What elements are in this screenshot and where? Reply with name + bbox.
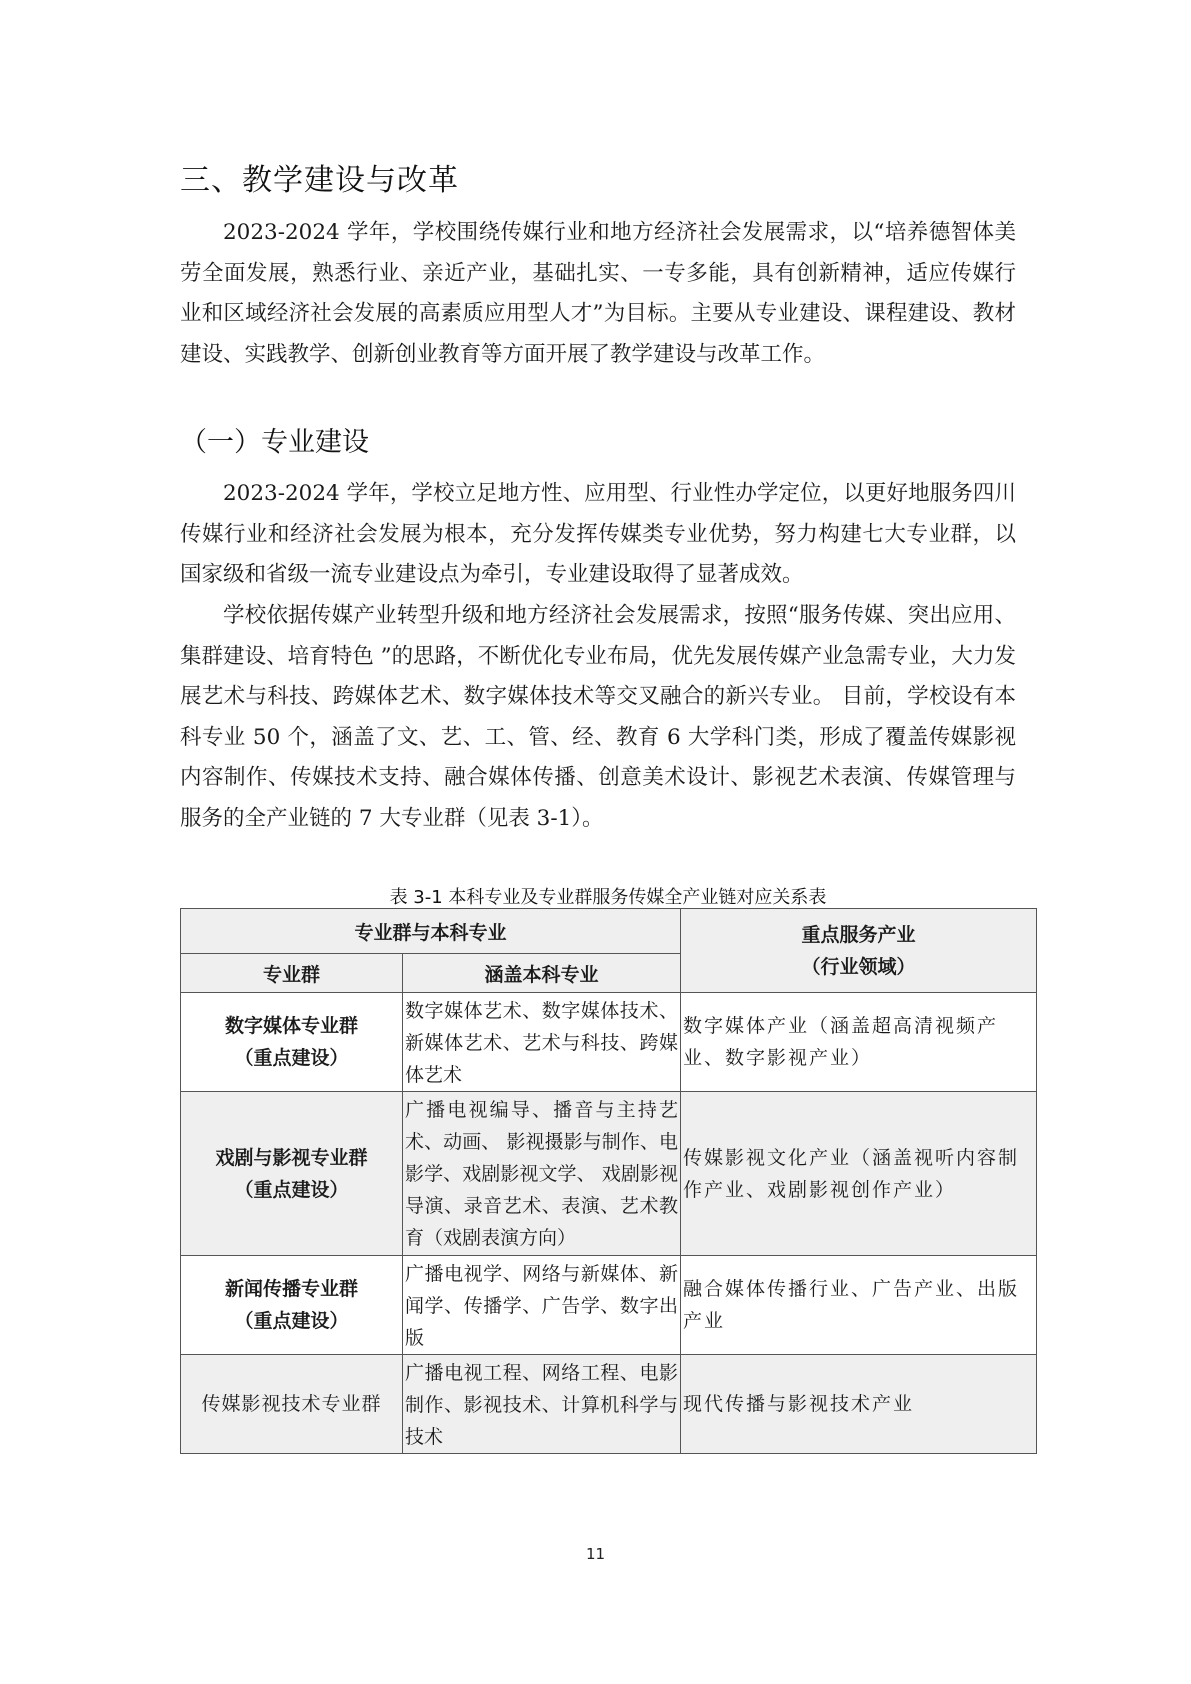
body-paragraph-2: 学校依据传媒产业转型升级和地方经济社会发展需求，按照“服务传媒、突出应用、集群建…: [180, 596, 1016, 839]
header-industry: 重点服务产业 （行业领域）: [681, 909, 1037, 993]
group-name: 新闻传播专业群: [183, 1273, 400, 1305]
majors-cell: 数字媒体艺术、数字媒体技术、新媒体艺术、艺术与科技、跨媒体艺术: [403, 993, 681, 1092]
group-name: 传媒影视技术专业群: [183, 1388, 400, 1420]
group-status: （重点建设）: [183, 1174, 400, 1206]
group-status: （重点建设）: [183, 1042, 400, 1074]
table-row: 数字媒体专业群 （重点建设） 数字媒体艺术、数字媒体技术、新媒体艺术、艺术与科技…: [181, 993, 1037, 1092]
majors-cell: 广播电视编导、播音与主持艺术、动画、 影视摄影与制作、电影学、戏剧影视文学、 戏…: [403, 1092, 681, 1256]
group-cell: 新闻传播专业群 （重点建设）: [181, 1256, 403, 1355]
body-paragraph-1: 2023-2024 学年，学校立足地方性、应用型、行业性办学定位，以更好地服务四…: [180, 474, 1016, 596]
header-industry-line1: 重点服务产业: [683, 919, 1034, 951]
table-row: 戏剧与影视专业群 （重点建设） 广播电视编导、播音与主持艺术、动画、 影视摄影与…: [181, 1092, 1037, 1256]
industry-cell: 融合媒体传播行业、广告产业、出版产业: [681, 1256, 1037, 1355]
group-status: （重点建设）: [183, 1305, 400, 1337]
table-caption: 表 3-1 本科专业及专业群服务传媒全产业链对应关系表: [180, 883, 1036, 909]
industry-cell: 现代传播与影视技术产业: [681, 1355, 1037, 1454]
group-name: 戏剧与影视专业群: [183, 1142, 400, 1174]
majors-cell: 广播电视工程、网络工程、电影制作、影视技术、计算机科学与技术: [403, 1355, 681, 1454]
section-intro-paragraph: 2023-2024 学年，学校围绕传媒行业和地方经济社会发展需求，以“培养德智体…: [180, 213, 1016, 375]
industry-cell: 数字媒体产业（涵盖超高清视频产 业、数字影视产业）: [681, 993, 1037, 1092]
header-group: 专业群: [181, 954, 403, 993]
section-heading: 三、教学建设与改革: [180, 155, 459, 199]
subsection-heading: （一）专业建设: [180, 420, 369, 459]
header-majors: 涵盖本科专业: [403, 954, 681, 993]
industry-cell: 传媒影视文化产业（涵盖视听内容制作产业、戏剧影视创作产业）: [681, 1092, 1037, 1256]
document-page: 三、教学建设与改革 2023-2024 学年，学校围绕传媒行业和地方经济社会发展…: [0, 0, 1191, 1684]
group-cell: 传媒影视技术专业群: [181, 1355, 403, 1454]
table-row: 传媒影视技术专业群 广播电视工程、网络工程、电影制作、影视技术、计算机科学与技术…: [181, 1355, 1037, 1454]
header-industry-line2: （行业领域）: [683, 951, 1034, 983]
table-row: 新闻传播专业群 （重点建设） 广播电视学、网络与新媒体、新闻学、传播学、广告学、…: [181, 1256, 1037, 1355]
page-number: 11: [0, 1545, 1191, 1563]
majors-cell: 广播电视学、网络与新媒体、新闻学、传播学、广告学、数字出版: [403, 1256, 681, 1355]
header-group-span: 专业群与本科专业: [181, 909, 681, 954]
group-name: 数字媒体专业群: [183, 1010, 400, 1042]
majors-industry-table: 专业群与本科专业 重点服务产业 （行业领域） 专业群 涵盖本科专业 数字媒体专业…: [180, 908, 1037, 1454]
group-cell: 戏剧与影视专业群 （重点建设）: [181, 1092, 403, 1256]
group-cell: 数字媒体专业群 （重点建设）: [181, 993, 403, 1092]
